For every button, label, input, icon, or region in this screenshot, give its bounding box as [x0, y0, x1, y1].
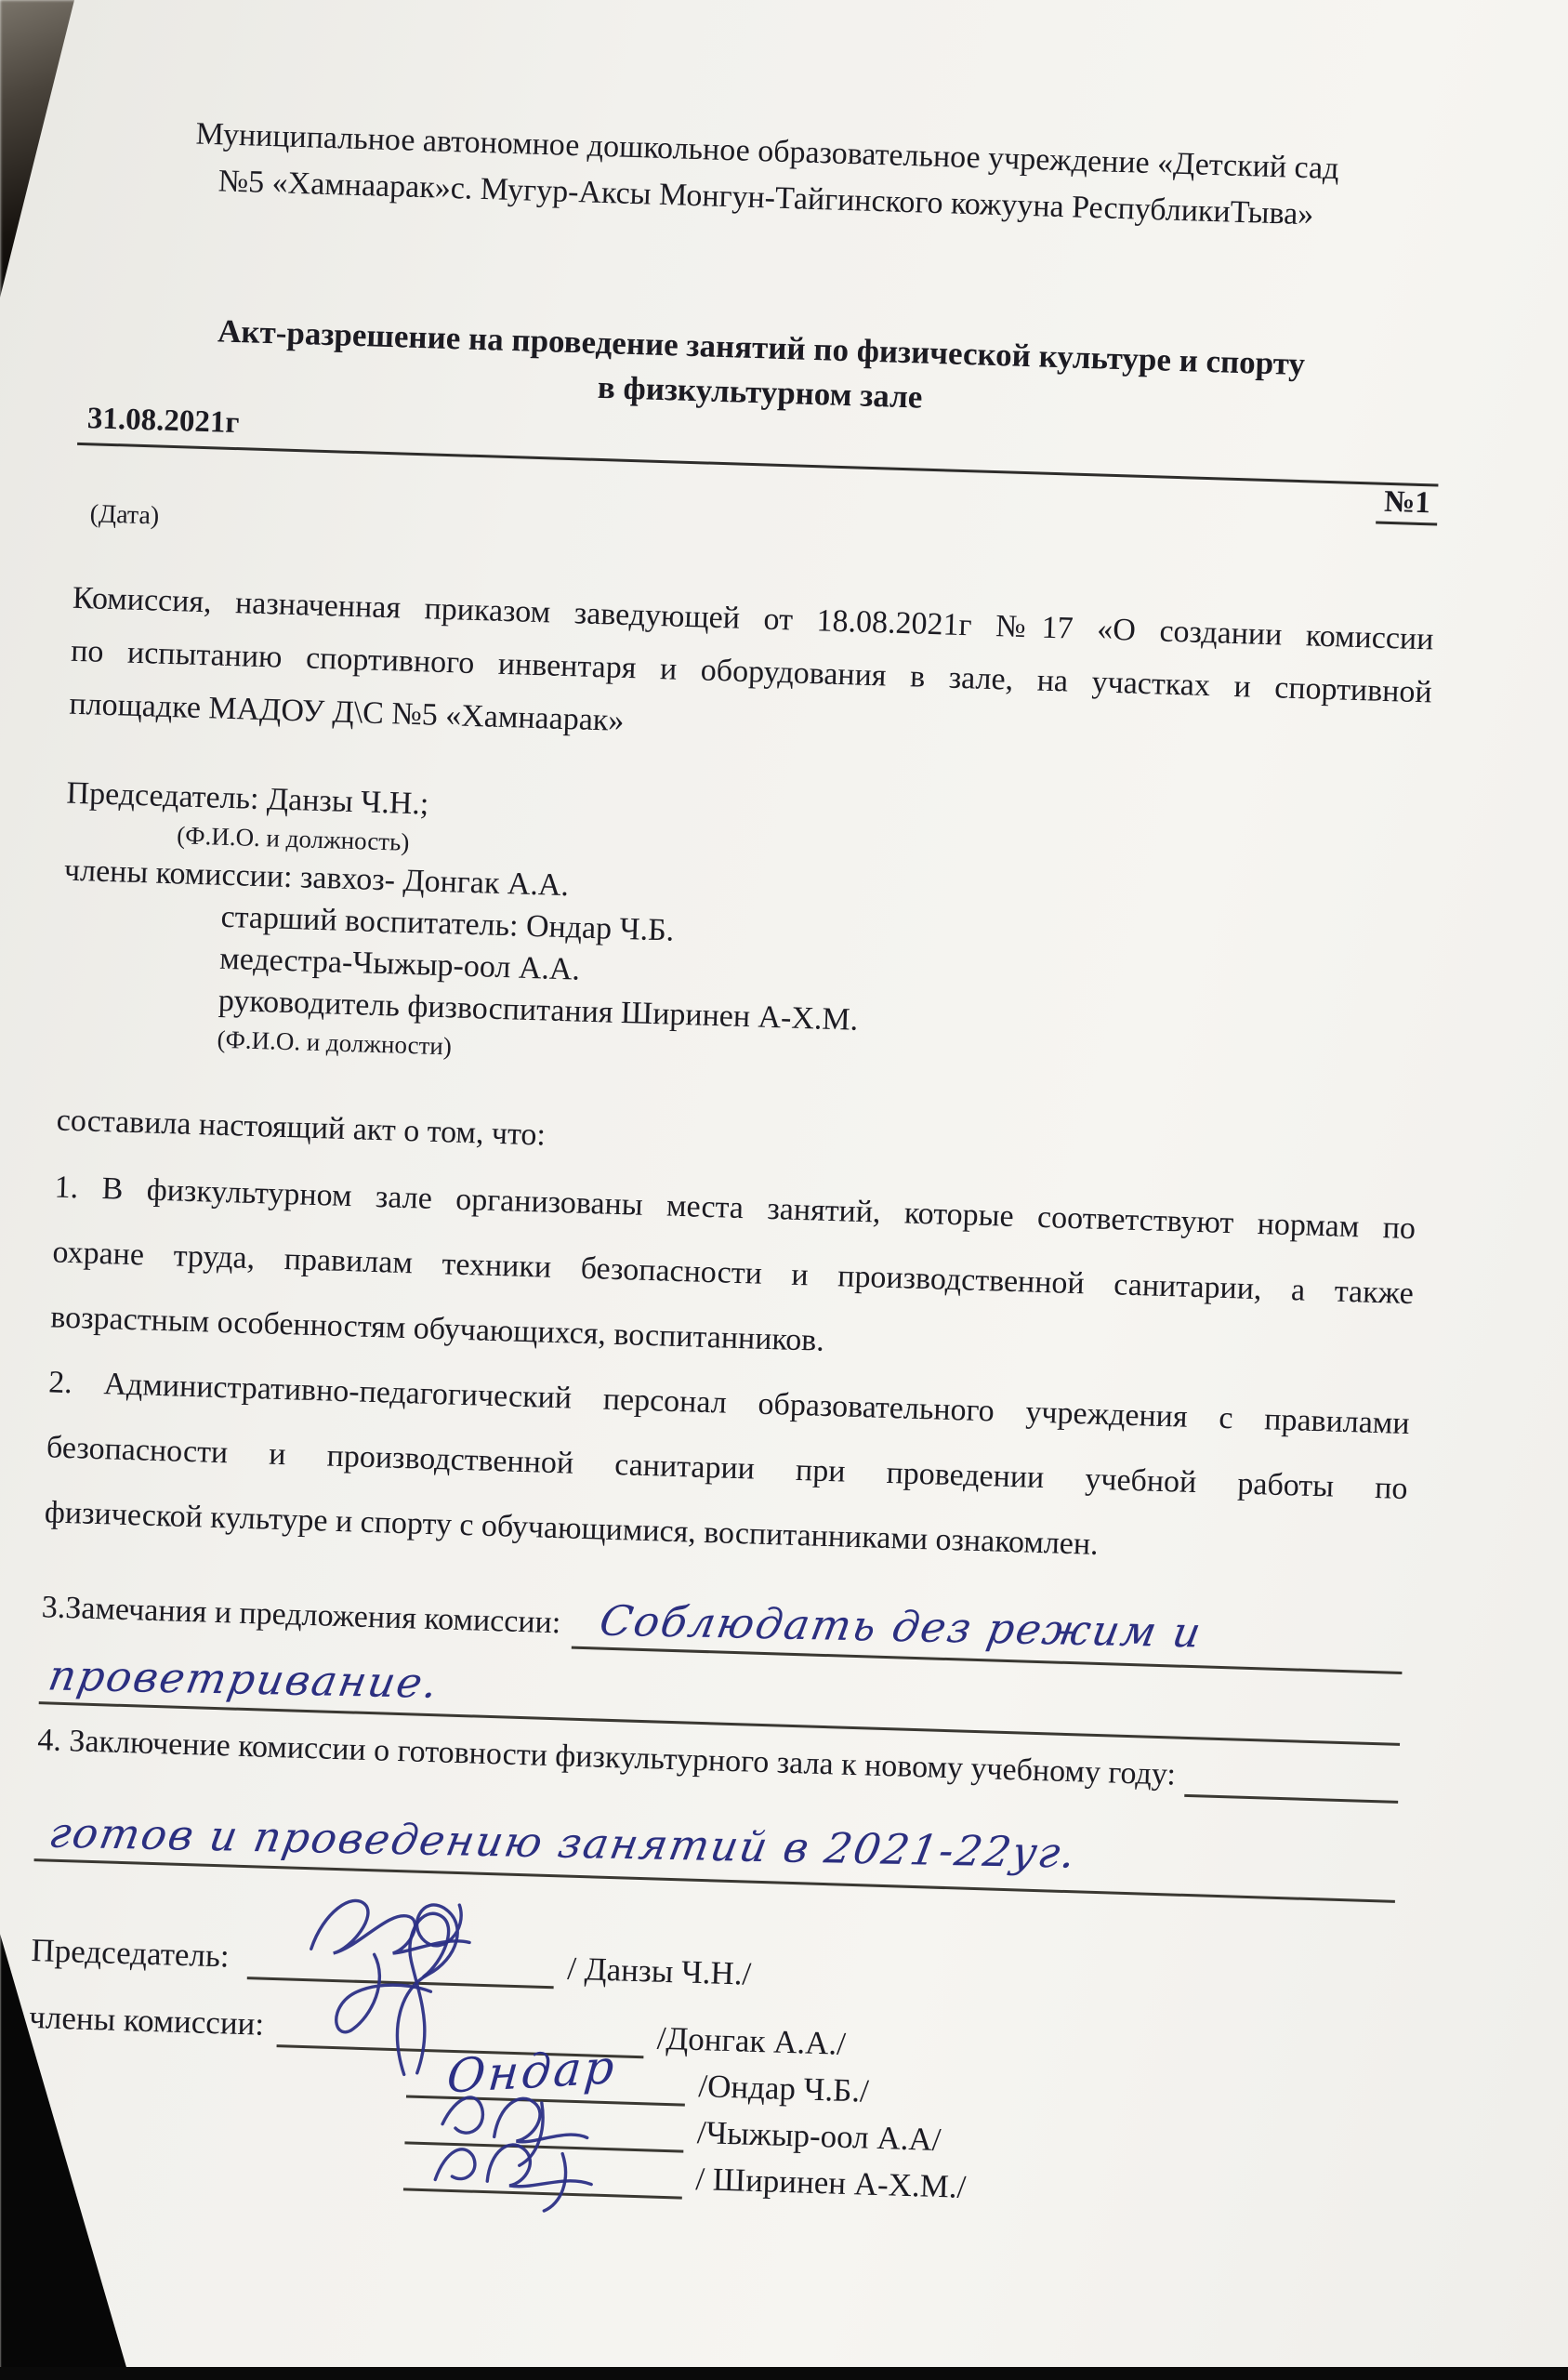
member-signature-line: [403, 2141, 683, 2199]
act-item-2: 2. Административно-педагогический персон…: [44, 1350, 1411, 1587]
handwritten-remark-line1: Соблюдать дез режим и: [595, 1596, 1206, 1659]
shirinen-signature-scribble: [419, 2099, 637, 2227]
chairman-signature-name: / Данзы Ч.Н./: [554, 1950, 752, 1994]
handwritten-remark-line2: проветривание.: [45, 1651, 443, 1710]
photo-corner-shadow-top-left: [0, 0, 93, 307]
act-document-page: Муниципальное автономное дошкольное обра…: [24, 82, 1449, 2221]
commission-paragraph: Комиссия, назначенная приказом заведующе…: [69, 572, 1435, 773]
member-signature-name: /Ондар Ч.Б./: [685, 2068, 870, 2112]
member-signature-name: / Ширинен А-Х.М./: [682, 2161, 967, 2208]
handwritten-conclusion: готов и проведению занятий в 2021-22уг.: [46, 1808, 1082, 1880]
chairman-signature-label: Председатель:: [31, 1932, 230, 1978]
act-item-4-blank-line: [1184, 1794, 1398, 1804]
act-item-4-answer-line: готов и проведению занятий в 2021-22уг.: [34, 1793, 1398, 1903]
commission-members: Председатель: Данзы Ч.Н.; (Ф.И.О. и долж…: [59, 773, 1429, 1094]
document-photo: Муниципальное автономное дошкольное обра…: [0, 0, 1568, 2380]
date-value: 31.08.2021г: [77, 402, 240, 440]
org-header: Муниципальное автономное дошкольное обра…: [85, 108, 1448, 243]
photo-edge-bottom: [0, 2367, 1568, 2380]
act-number: №1: [1376, 485, 1438, 526]
member-signature-name: /Чыжыр-оол А.А/: [683, 2114, 942, 2161]
members-signature-label: члены комиссии:: [29, 1999, 265, 2047]
